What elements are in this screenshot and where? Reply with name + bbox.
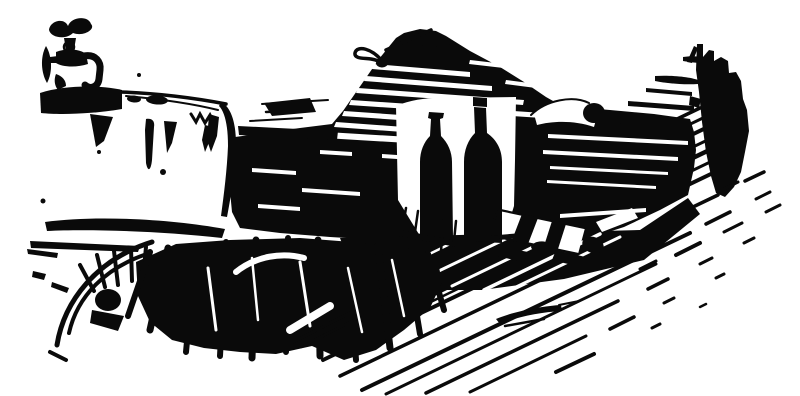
illustration-canvas: [0, 0, 800, 396]
drip-drop: [41, 199, 46, 204]
ink-illustration: [0, 0, 800, 396]
wheel-spoke: [131, 248, 132, 281]
handle-root: [376, 59, 388, 68]
bottle-right-lip: [473, 97, 487, 107]
drip-drop: [160, 169, 166, 175]
faucet-nub: [50, 56, 58, 63]
wheel-hub: [95, 289, 121, 311]
ink-fleck: [137, 73, 141, 77]
bundle-knot: [583, 103, 605, 123]
drip-drop: [97, 150, 101, 154]
tub-rim-band: [40, 87, 122, 114]
